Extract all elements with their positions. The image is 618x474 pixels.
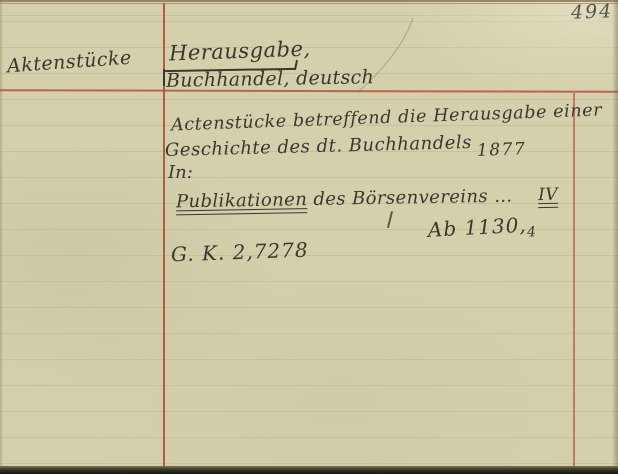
series-rest: des Börsenvereins … bbox=[313, 186, 513, 210]
in-label: In: bbox=[168, 163, 193, 183]
shelfmark: Ab 1130,4 bbox=[427, 213, 537, 246]
series-title: Publikationen bbox=[176, 189, 308, 215]
card-edge-right bbox=[612, 0, 618, 474]
shelfmark-subscript: 4 bbox=[527, 224, 538, 240]
card-edge-top bbox=[0, 0, 618, 2]
subject-heading-line1: Herausgabe, bbox=[169, 38, 311, 66]
series-volume: IV bbox=[538, 186, 558, 208]
entry-line2: Geschichte des dt. Buchhandels bbox=[165, 133, 472, 161]
rule-top-horizontal bbox=[0, 3, 618, 4]
stray-ink-stroke bbox=[387, 211, 393, 228]
entry-year: 1877 bbox=[477, 140, 527, 160]
card-edge-bottom bbox=[0, 466, 618, 474]
series-line: Publikationen des Börsenvereins … IV bbox=[176, 186, 564, 214]
rule-header-horizontal bbox=[0, 89, 618, 93]
entry-line1: Actenstücke betreffend die Herausgabe ei… bbox=[171, 101, 603, 135]
subject-heading-line2: Buchhandel, deutsch bbox=[166, 67, 374, 92]
shelfmark-main: Ab 1130, bbox=[427, 213, 527, 242]
accession-number: G. K. 2,7278 bbox=[171, 239, 309, 266]
subject-underline-left-tick bbox=[163, 69, 165, 86]
index-heading: Aktenstücke bbox=[6, 48, 132, 78]
rule-right-vertical bbox=[573, 91, 575, 467]
series-title-group: Publikationen des Börsenvereins … bbox=[176, 187, 513, 213]
card-edge-left bbox=[0, 0, 3, 474]
card-number: 494 bbox=[571, 1, 614, 23]
catalog-card: 494 Aktenstücke Herausgabe, Buchhandel, … bbox=[0, 0, 618, 474]
